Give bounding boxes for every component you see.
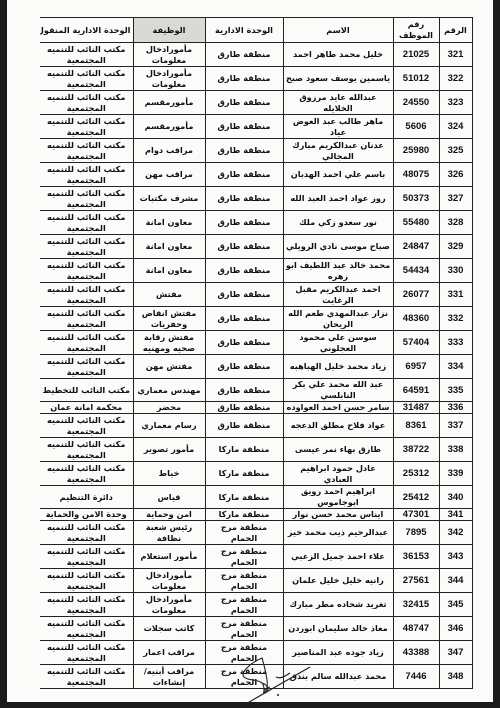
cell-job: مأمورادخال معلومات bbox=[133, 569, 205, 593]
transfer-table: الرقم رقم الموظف الاسم الوحدة الادارية ا… bbox=[40, 17, 473, 689]
cell-name: عادل حمود ابراهيم العبادي bbox=[283, 462, 393, 486]
cell-job: مراقب اعمار bbox=[133, 641, 205, 665]
table-row: 34532415تغريد شحاده مطر مباركمنطقة مرج ا… bbox=[40, 593, 472, 617]
cell-transfer-to: مكتب النائب للتنميه المجتمعية bbox=[40, 235, 133, 259]
cell-transfer-to: مكتب النائب للتنميه المجتمعية bbox=[40, 462, 133, 486]
cell-admin-unit: منطقة طارق bbox=[205, 187, 283, 211]
cell-num: 328 bbox=[439, 211, 472, 235]
cell-name: احمد عبدالكريم مقبل الرغايت bbox=[283, 283, 393, 307]
cell-transfer-to: مكتب النائب للتنميه المجتمعية bbox=[40, 139, 133, 163]
cell-admin-unit: منطقة ماركا bbox=[205, 486, 283, 509]
table-row: 33054434محمد خالد عبد اللطيف ابو زهرهمنط… bbox=[40, 259, 472, 283]
header-name: الاسم bbox=[283, 18, 393, 43]
cell-transfer-to: مكتب النائب للتنميه المجتمعية bbox=[40, 521, 133, 545]
cell-num: 346 bbox=[439, 617, 472, 641]
cell-admin-unit: منطقة مرج الحمام bbox=[205, 593, 283, 617]
cell-name: رانيه خليل خليل علمان bbox=[283, 569, 393, 593]
cell-job: معاون امانة bbox=[133, 259, 205, 283]
cell-transfer-to: مكتب النائب للتنميه المجتمعية bbox=[40, 545, 133, 569]
cell-admin-unit: منطقة طارق bbox=[205, 115, 283, 139]
cell-admin-unit: منطقة طارق bbox=[205, 414, 283, 438]
cell-name: ابراهيم احمد رويق ابوجاموس bbox=[283, 486, 393, 509]
cell-admin-unit: منطقة مرج الحمام bbox=[205, 617, 283, 641]
cell-job: مأمور تصوير bbox=[133, 438, 205, 462]
cell-transfer-to: مكتب النائب للتنميه المجتمعية bbox=[40, 115, 133, 139]
cell-num: 342 bbox=[439, 521, 472, 545]
cell-employee-id: 26077 bbox=[393, 283, 439, 307]
signature-icon bbox=[232, 655, 317, 707]
table-row: 33631487سامر حسن احمد العواودهمنطقة طارق… bbox=[40, 402, 472, 414]
cell-employee-id: 55480 bbox=[393, 211, 439, 235]
cell-employee-id: 36153 bbox=[393, 545, 439, 569]
cell-job: معاون امانة bbox=[133, 211, 205, 235]
cell-num: 345 bbox=[439, 593, 472, 617]
cell-employee-id: 38722 bbox=[393, 438, 439, 462]
table-row: 32855480نور سعدو زكي ملكمنطقة طارقمعاون … bbox=[40, 211, 472, 235]
table-row: 34648747معاذ خالد سليمان ابوردنمنطقة مرج… bbox=[40, 617, 472, 641]
cell-job: مأمورمقسم bbox=[133, 91, 205, 115]
table-header-row: الرقم رقم الموظف الاسم الوحدة الادارية ا… bbox=[40, 18, 472, 43]
table-row: 34025412ابراهيم احمد رويق ابوجاموسمنطقة … bbox=[40, 486, 472, 509]
cell-admin-unit: منطقة ماركا bbox=[205, 509, 283, 521]
cell-num: 335 bbox=[439, 379, 472, 402]
cell-name: معاذ خالد سليمان ابوردن bbox=[283, 617, 393, 641]
cell-admin-unit: منطقة ماركا bbox=[205, 438, 283, 462]
table-row: 3245606ماهر طالب عبد العوض عيادمنطقة طار… bbox=[40, 115, 472, 139]
cell-name: طارق بهاء نمر عيسى bbox=[283, 438, 393, 462]
cell-employee-id: 7446 bbox=[393, 665, 439, 689]
cell-name: ماهر طالب عبد العوض عياد bbox=[283, 115, 393, 139]
cell-employee-id: 27561 bbox=[393, 569, 439, 593]
cell-num: 321 bbox=[439, 43, 472, 67]
cell-transfer-to: مكتب النائب للتنميه المجتمعية bbox=[40, 331, 133, 355]
cell-num: 337 bbox=[439, 414, 472, 438]
cell-num: 343 bbox=[439, 545, 472, 569]
cell-employee-id: 8361 bbox=[393, 414, 439, 438]
cell-name: عبدالله عايد مرزوق الخلايله bbox=[283, 91, 393, 115]
cell-num: 333 bbox=[439, 331, 472, 355]
cell-job: مأمورادخال معلومات bbox=[133, 67, 205, 91]
cell-employee-id: 25980 bbox=[393, 139, 439, 163]
table-row: 34427561رانيه خليل خليل علمانمنطقة مرج ا… bbox=[40, 569, 472, 593]
cell-job: مفتش انقاض وحفريات bbox=[133, 307, 205, 331]
cell-admin-unit: منطقة ماركا bbox=[205, 462, 283, 486]
cell-job: خياط bbox=[133, 462, 205, 486]
cell-num: 331 bbox=[439, 283, 472, 307]
table-row: 33357404سوسن علي محمود العجلونيمنطقة طار… bbox=[40, 331, 472, 355]
cell-admin-unit: منطقة طارق bbox=[205, 163, 283, 187]
cell-employee-id: 48360 bbox=[393, 307, 439, 331]
cell-name: سامر حسن احمد العواوده bbox=[283, 402, 393, 414]
cell-name: خليل محمد طاهر احمد bbox=[283, 43, 393, 67]
cell-job: مهندس معماري bbox=[133, 379, 205, 402]
cell-job: مفتش رقابة صحيه ومهنيه bbox=[133, 331, 205, 355]
table-row: 3427895عبدالرحيم ذيب محمد خيرمنطقة مرج ا… bbox=[40, 521, 472, 545]
cell-employee-id: 5606 bbox=[393, 115, 439, 139]
header-job: الوظيفة bbox=[133, 18, 205, 43]
cell-employee-id: 24550 bbox=[393, 91, 439, 115]
cell-job: مفتش مهن bbox=[133, 355, 205, 379]
table-row: 34336153علاء احمد جميل الزعبيمنطقة مرج ا… bbox=[40, 545, 472, 569]
cell-transfer-to: مكتب النائب للتنميه المجتمعية bbox=[40, 569, 133, 593]
cell-name: عبد الله محمد علي بكر النابلسي bbox=[283, 379, 393, 402]
cell-admin-unit: منطقة مرج الحمام bbox=[205, 545, 283, 569]
cell-num: 324 bbox=[439, 115, 472, 139]
cell-job: امن وحماية bbox=[133, 509, 205, 521]
cell-job: مراقب مهن bbox=[133, 163, 205, 187]
cell-transfer-to: مكتب النائب للتنميه المجتمعية bbox=[40, 163, 133, 187]
cell-job: مأمورمقسم bbox=[133, 115, 205, 139]
cell-name: عبدالرحيم ذيب محمد خير bbox=[283, 521, 393, 545]
cell-transfer-to: مكتب النائب للتنميه المجتمعية bbox=[40, 91, 133, 115]
cell-job: رئيس شعبة نظافة bbox=[133, 521, 205, 545]
cell-admin-unit: منطقة طارق bbox=[205, 211, 283, 235]
cell-name: صباح موسى نادي الرويلي bbox=[283, 235, 393, 259]
cell-employee-id: 48075 bbox=[393, 163, 439, 187]
cell-job: رسام معماري bbox=[133, 414, 205, 438]
cell-name: باسم علي احمد الهدبان bbox=[283, 163, 393, 187]
cell-employee-id: 48747 bbox=[393, 617, 439, 641]
cell-transfer-to: مكتب النائب للتنميه المجتمعية bbox=[40, 187, 133, 211]
table-row: 33126077احمد عبدالكريم مقبل الرغايتمنطقة… bbox=[40, 283, 472, 307]
cell-employee-id: 54434 bbox=[393, 259, 439, 283]
cell-num: 340 bbox=[439, 486, 472, 509]
cell-num: 325 bbox=[439, 139, 472, 163]
cell-employee-id: 31487 bbox=[393, 402, 439, 414]
cell-name: نور سعدو زكي ملك bbox=[283, 211, 393, 235]
table-row: 3378361عواد فلاح مطلق الدعجهمنطقة طارقرس… bbox=[40, 414, 472, 438]
cell-transfer-to: مكتب النائب للتنميه المجتمعية bbox=[40, 211, 133, 235]
cell-admin-unit: منطقة طارق bbox=[205, 43, 283, 67]
cell-job: مراقب أبنيه/إنشاءات bbox=[133, 665, 205, 689]
cell-employee-id: 50373 bbox=[393, 187, 439, 211]
table-row: 33925312عادل حمود ابراهيم العباديمنطقة م… bbox=[40, 462, 472, 486]
cell-name: عدنان عبدالكريم مبارك المجالي bbox=[283, 139, 393, 163]
cell-transfer-to: مكتب النائب للتخطيط bbox=[40, 379, 133, 402]
table-row: 33564591عبد الله محمد علي بكر النابلسيمن… bbox=[40, 379, 472, 402]
cell-transfer-to: مكتب النائب للتنميه المجتمعية bbox=[40, 414, 133, 438]
cell-employee-id: 25312 bbox=[393, 462, 439, 486]
cell-num: 326 bbox=[439, 163, 472, 187]
cell-num: 322 bbox=[439, 67, 472, 91]
cell-transfer-to: مكتب النائب للتنميه المجتمعية bbox=[40, 355, 133, 379]
header-num: الرقم bbox=[439, 18, 472, 43]
cell-job: معاون امانة bbox=[133, 235, 205, 259]
table-row: 32750373روز عواد احمد العبد اللهمنطقة طا… bbox=[40, 187, 472, 211]
cell-name: نزار عبدالمهدي طعم الله الريحان bbox=[283, 307, 393, 331]
cell-transfer-to: دائرة التنظيم bbox=[40, 486, 133, 509]
cell-name: عواد فلاح مطلق الدعجه bbox=[283, 414, 393, 438]
cell-job: مأمورادخال معلومات bbox=[133, 593, 205, 617]
cell-num: 344 bbox=[439, 569, 472, 593]
table-row: 34147301ايناس محمد حسن نوارمنطقة ماركاام… bbox=[40, 509, 472, 521]
cell-employee-id: 24847 bbox=[393, 235, 439, 259]
transfer-table-container: الرقم رقم الموظف الاسم الوحدة الادارية ا… bbox=[40, 17, 472, 689]
table-row: 32924847صباح موسى نادي الرويليمنطقة طارق… bbox=[40, 235, 472, 259]
cell-job: قياس bbox=[133, 486, 205, 509]
cell-admin-unit: منطقة طارق bbox=[205, 235, 283, 259]
cell-job: مأمور استعلام bbox=[133, 545, 205, 569]
cell-admin-unit: منطقة مرج الحمام bbox=[205, 521, 283, 545]
cell-transfer-to: مكتب النائب للتنميه المجتمعية bbox=[40, 283, 133, 307]
header-employee-id: رقم الموظف bbox=[393, 18, 439, 43]
cell-transfer-to: مكتب النائب للتنميه المجتمعية bbox=[40, 67, 133, 91]
table-row: 33838722طارق بهاء نمر عيسىمنطقة ماركامأم… bbox=[40, 438, 472, 462]
cell-num: 339 bbox=[439, 462, 472, 486]
cell-job: كاتب سجلات bbox=[133, 617, 205, 641]
header-admin-unit: الوحدة الادارية bbox=[205, 18, 283, 43]
cell-num: 329 bbox=[439, 235, 472, 259]
cell-num: 348 bbox=[439, 665, 472, 689]
cell-transfer-to: مكتب النائب للتنميه المجتمعية bbox=[40, 307, 133, 331]
cell-num: 330 bbox=[439, 259, 472, 283]
cell-name: زياد محمد خليل الهباهبه bbox=[283, 355, 393, 379]
cell-employee-id: 7895 bbox=[393, 521, 439, 545]
cell-transfer-to: مكتب النائب للتنميه المجتمعية bbox=[40, 438, 133, 462]
cell-job: محضر bbox=[133, 402, 205, 414]
cell-num: 334 bbox=[439, 355, 472, 379]
cell-employee-id: 64591 bbox=[393, 379, 439, 402]
cell-name: روز عواد احمد العبد الله bbox=[283, 187, 393, 211]
cell-admin-unit: منطقة طارق bbox=[205, 402, 283, 414]
cell-job: مأمورادخال معلومات bbox=[133, 43, 205, 67]
table-row: 32121025خليل محمد طاهر احمدمنطقة طارقمأم… bbox=[40, 43, 472, 67]
table-row: 32251012ياسمين يوسف سعود صبحمنطقة طارقمأ… bbox=[40, 67, 472, 91]
cell-transfer-to: وحدة الامن والحماية bbox=[40, 509, 133, 521]
cell-admin-unit: منطقة طارق bbox=[205, 307, 283, 331]
cell-admin-unit: منطقة طارق bbox=[205, 139, 283, 163]
document-page: الرقم رقم الموظف الاسم الوحدة الادارية ا… bbox=[7, 0, 493, 702]
cell-admin-unit: منطقة طارق bbox=[205, 67, 283, 91]
table-row: 32648075باسم علي احمد الهدبانمنطقة طارقم… bbox=[40, 163, 472, 187]
cell-num: 338 bbox=[439, 438, 472, 462]
cell-admin-unit: منطقة طارق bbox=[205, 331, 283, 355]
cell-num: 332 bbox=[439, 307, 472, 331]
cell-num: 336 bbox=[439, 402, 472, 414]
header-transfer-to: الوحدة الادارية المنقول اليها bbox=[40, 18, 133, 43]
cell-num: 347 bbox=[439, 641, 472, 665]
cell-admin-unit: منطقة طارق bbox=[205, 355, 283, 379]
table-row: 32324550عبدالله عايد مرزوق الخلايلهمنطقة… bbox=[40, 91, 472, 115]
table-row: 33248360نزار عبدالمهدي طعم الله الريحانم… bbox=[40, 307, 472, 331]
table-row: 3346957زياد محمد خليل الهباهبهمنطقة طارق… bbox=[40, 355, 472, 379]
cell-name: سوسن علي محمود العجلوني bbox=[283, 331, 393, 355]
cell-employee-id: 51012 bbox=[393, 67, 439, 91]
cell-employee-id: 57404 bbox=[393, 331, 439, 355]
cell-name: تغريد شحاده مطر مبارك bbox=[283, 593, 393, 617]
cell-name: محمد خالد عبد اللطيف ابو زهره bbox=[283, 259, 393, 283]
cell-transfer-to: مكتب النائب للتنميه المجتمعية bbox=[40, 641, 133, 665]
cell-job: مراقب دوام bbox=[133, 139, 205, 163]
cell-num: 327 bbox=[439, 187, 472, 211]
cell-employee-id: 47301 bbox=[393, 509, 439, 521]
cell-name: علاء احمد جميل الزعبي bbox=[283, 545, 393, 569]
table-row: 32525980عدنان عبدالكريم مبارك المجاليمنط… bbox=[40, 139, 472, 163]
cell-employee-id: 25412 bbox=[393, 486, 439, 509]
cell-transfer-to: مكتب النائب للتنميه المجتمعية bbox=[40, 259, 133, 283]
table-body: 32121025خليل محمد طاهر احمدمنطقة طارقمأم… bbox=[40, 43, 472, 689]
cell-employee-id: 21025 bbox=[393, 43, 439, 67]
cell-job: مشرف مكتبات bbox=[133, 187, 205, 211]
cell-admin-unit: منطقة طارق bbox=[205, 91, 283, 115]
cell-transfer-to: مكتب النائب للتنميه المجتمعيه bbox=[40, 617, 133, 641]
cell-employee-id: 43388 bbox=[393, 641, 439, 665]
cell-name: ايناس محمد حسن نوار bbox=[283, 509, 393, 521]
cell-num: 323 bbox=[439, 91, 472, 115]
cell-transfer-to: محكمة امانة عمان bbox=[40, 402, 133, 414]
cell-employee-id: 6957 bbox=[393, 355, 439, 379]
cell-admin-unit: منطقة مرج الحمام bbox=[205, 569, 283, 593]
cell-admin-unit: منطقة طارق bbox=[205, 283, 283, 307]
cell-num: 341 bbox=[439, 509, 472, 521]
cell-transfer-to: مكتب النائب للتنميه المجتمعية bbox=[40, 43, 133, 67]
cell-employee-id: 32415 bbox=[393, 593, 439, 617]
cell-admin-unit: منطقة طارق bbox=[205, 379, 283, 402]
cell-transfer-to: مكتب النائب للتنميه المجتمعية bbox=[40, 593, 133, 617]
cell-job: مفتش bbox=[133, 283, 205, 307]
cell-admin-unit: منطقة طارق bbox=[205, 259, 283, 283]
cell-transfer-to: مكتب النائب للتنميه المجتمعية bbox=[40, 665, 133, 689]
cell-name: ياسمين يوسف سعود صبح bbox=[283, 67, 393, 91]
